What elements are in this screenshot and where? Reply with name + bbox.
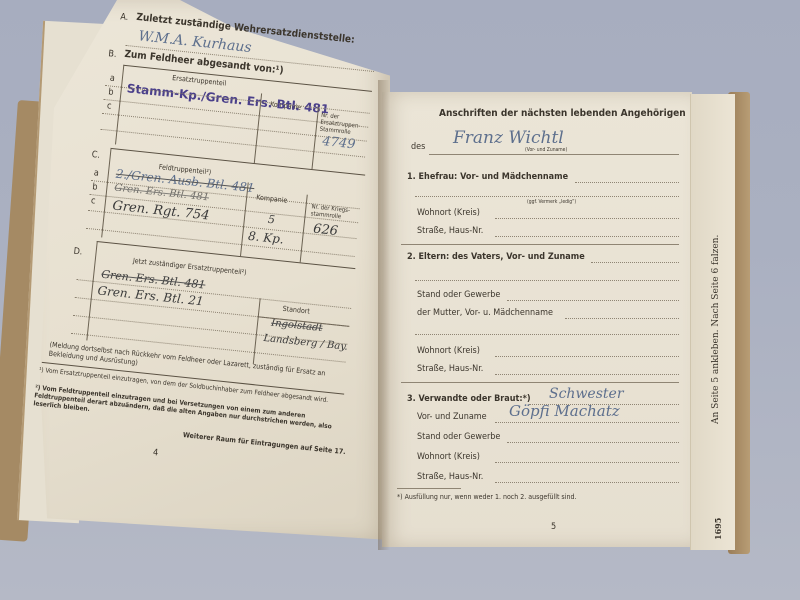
left-page-content: A. Zuletzt zuständige Wehrersatzdienstst… [46,0,399,549]
right-page-content: Anschriften der nächsten lebenden Angehö… [395,100,685,540]
row-c-c: c [90,196,95,206]
section-c-letter: C. [91,150,100,161]
row-b-a: a [109,73,115,83]
right-page-title: Anschriften der nächsten lebenden Angehö… [439,108,686,119]
item1-hint: (ggf. Vermerk „ledig“) [527,199,576,205]
item3-wohnort: Wohnort (Kreis) [417,452,480,462]
item3-relation-value: Schwester [549,386,624,402]
section-d-col-location: Standort [282,305,310,316]
fold-flap: An Seite 5 ankleben. Nach Seite 6 falzen… [690,94,735,550]
section-b-col-unit: Ersatztruppenteil [172,74,227,88]
flap-code: 1695 [713,518,723,540]
row-c-b: b [92,182,98,192]
des-hint: (Vor- und Zuname) [525,147,567,153]
item2-mutter: der Mutter, Vor- u. Mädchenname [417,308,553,318]
section-d-letter: D. [73,247,83,258]
item2-strasse: Straße, Haus-Nr. [417,364,483,374]
section-b-letter: B. [108,49,117,60]
row-c-a: a [93,168,99,178]
item2-wohnort: Wohnort (Kreis) [417,346,480,356]
row-b-b: b [108,87,114,97]
item1-wohnort: Wohnort (Kreis) [417,208,480,218]
left-page-number: 4 [152,448,158,458]
des-label: des [411,142,425,152]
item1-label: 1. Ehefrau: Vor- und Mädchenname [407,172,568,182]
flap-instruction: An Seite 5 ankleben. Nach Seite 6 falzen… [711,235,721,424]
item3-stand: Stand oder Gewerbe [417,432,500,442]
row-b-c: c [106,101,111,111]
item2-stand: Stand oder Gewerbe [417,290,500,300]
item3-name-value: Göpfi Machatz [509,402,620,420]
item3-strasse: Straße, Haus-Nr. [417,472,483,482]
right-page-number: 5 [551,522,556,532]
section-c-company-b: 5 [267,213,275,227]
section-c-company-c: 8. Kp. [247,229,284,247]
des-value: Franz Wichtl [453,128,564,148]
item2-label: 2. Eltern: des Vaters, Vor- und Zuname [407,252,585,262]
item3-name-label: Vor- und Zuname [417,412,487,422]
item3-footnote: *) Ausfüllung nur, wenn weder 1. noch 2.… [397,493,576,501]
item1-strasse: Straße, Haus-Nr. [417,226,483,236]
section-a-letter: A. [120,12,129,23]
